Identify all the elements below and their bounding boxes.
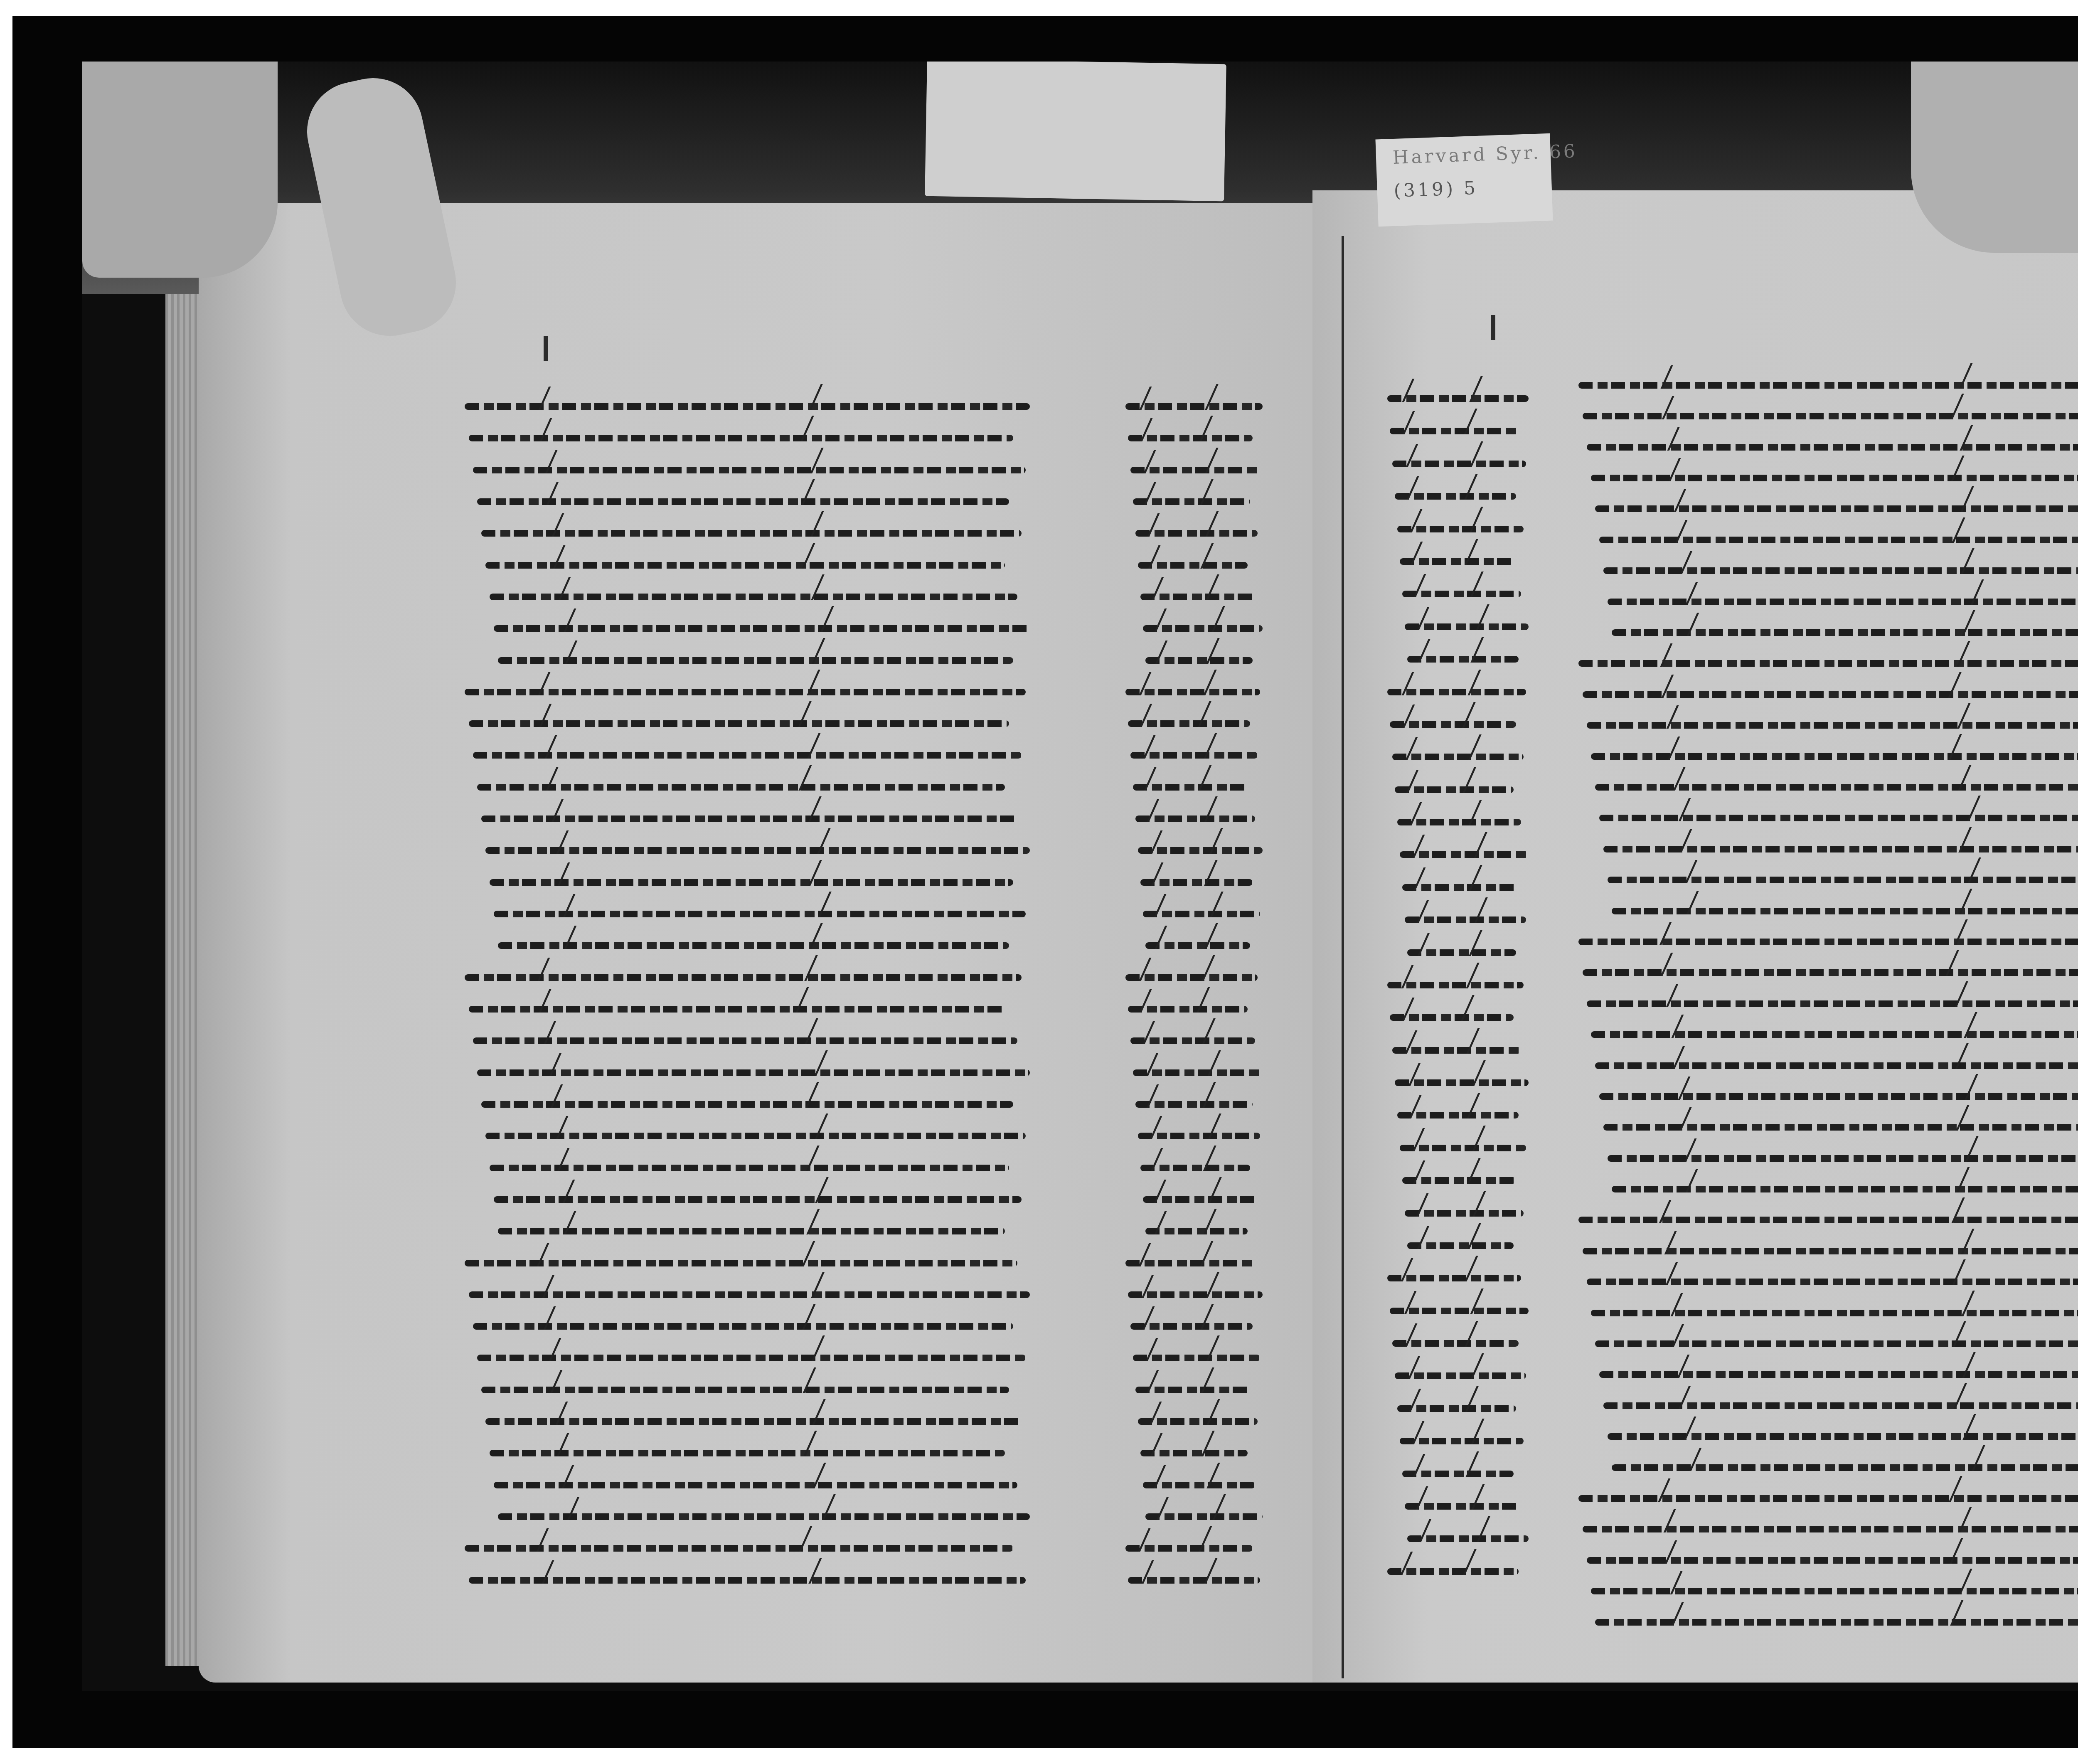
- script-line: [1395, 786, 1514, 793]
- script-line: [477, 1355, 1026, 1361]
- script-line: [1143, 1196, 1258, 1203]
- script-line: [469, 720, 1009, 727]
- script-line: [1145, 657, 1253, 664]
- left-page-narrow-column: [1125, 386, 1263, 1591]
- shelfmark-line-2: (319) 5: [1394, 175, 1544, 205]
- script-line: [1608, 877, 2078, 883]
- script-line: [469, 435, 1013, 441]
- script-line: [494, 911, 1026, 917]
- script-line: [1583, 691, 2078, 698]
- left-page-main-column: [465, 386, 1030, 1591]
- script-line: [481, 815, 1017, 822]
- right-page-main-column: [1578, 365, 2078, 1633]
- script-line: [1135, 1387, 1250, 1393]
- left-hand-fingers: [82, 62, 278, 278]
- script-line: [1145, 942, 1250, 949]
- script-line: [1387, 689, 1526, 695]
- script-line: [1128, 720, 1250, 727]
- script-line: [469, 1577, 1026, 1584]
- script-line: [1387, 1568, 1519, 1575]
- script-line: [1140, 879, 1253, 886]
- script-line: [1133, 1355, 1260, 1361]
- script-line: [1128, 435, 1253, 441]
- script-line: [1603, 1124, 2078, 1131]
- script-line: [494, 1196, 1022, 1203]
- script-line: [473, 752, 1022, 759]
- script-line: [1599, 1371, 2078, 1378]
- script-line: [490, 1165, 1009, 1171]
- script-line: [1587, 1279, 2078, 1285]
- script-line: [1612, 1464, 2078, 1471]
- script-line: [1390, 1308, 1529, 1314]
- script-line: [1402, 591, 1521, 597]
- script-line: [1587, 1000, 2078, 1007]
- script-line: [1128, 1577, 1260, 1584]
- script-line: [1125, 1260, 1255, 1266]
- script-line: [465, 403, 1030, 410]
- script-line: [1138, 1133, 1260, 1139]
- script-line: [1612, 629, 2078, 636]
- folio-mark: [544, 336, 548, 361]
- script-line: [1138, 847, 1263, 854]
- script-line: [1591, 753, 2078, 760]
- script-line: [1392, 1047, 1521, 1054]
- script-line: [1591, 1310, 2078, 1316]
- script-line: [1407, 1242, 1514, 1249]
- script-line: [1400, 1145, 1526, 1151]
- script-line: [1387, 395, 1529, 402]
- script-line: [481, 1387, 1009, 1393]
- script-line: [1400, 1438, 1524, 1444]
- script-line: [1133, 784, 1248, 791]
- photo-frame: ✢ Harvard Syr. 66 (319) 5: [12, 16, 2078, 1748]
- script-line: [498, 1513, 1030, 1520]
- script-line: [498, 657, 1013, 664]
- script-line: [1407, 656, 1519, 663]
- script-line: [1595, 1062, 2078, 1069]
- script-line: [1392, 461, 1526, 467]
- script-line: [485, 847, 1030, 854]
- script-line: [1135, 530, 1258, 537]
- shelfmark-label: Harvard Syr. 66 (319) 5: [1375, 133, 1553, 227]
- script-line: [1130, 467, 1260, 473]
- script-line: [1395, 493, 1516, 500]
- script-line: [1583, 413, 2078, 419]
- script-line: [1390, 721, 1516, 728]
- script-line: [1128, 1291, 1263, 1298]
- script-line: [1125, 689, 1260, 695]
- script-line: [1125, 403, 1263, 410]
- script-line: [494, 625, 1030, 632]
- script-line: [485, 562, 1005, 569]
- book-gutter: [1342, 236, 1344, 1678]
- script-line: [1578, 1217, 2078, 1223]
- script-line: [477, 784, 1005, 791]
- script-line: [1143, 625, 1263, 632]
- script-line: [1140, 1450, 1248, 1456]
- folio-mark: [1491, 315, 1495, 340]
- script-line: [481, 530, 1022, 537]
- script-line: [1612, 1186, 2078, 1192]
- script-line: [469, 1006, 1005, 1013]
- script-line: [1608, 1433, 2078, 1440]
- script-line: [1595, 784, 2078, 791]
- script-line: [473, 1037, 1017, 1044]
- script-line: [477, 498, 1009, 505]
- script-line: [1133, 1069, 1263, 1076]
- script-line: [498, 1228, 1005, 1234]
- script-line: [1578, 660, 2078, 667]
- script-line: [1140, 594, 1255, 600]
- script-line: [1390, 1014, 1514, 1021]
- script-line: [481, 1101, 1013, 1108]
- script-line: [1603, 567, 2078, 574]
- script-line: [1583, 969, 2078, 976]
- script-line: [1407, 1535, 1529, 1542]
- right-hand-fingers: [1911, 62, 2078, 253]
- script-line: [1608, 1155, 2078, 1162]
- script-line: [1145, 1513, 1263, 1520]
- script-line: [1405, 916, 1526, 923]
- script-line: [485, 1418, 1022, 1425]
- script-line: [1578, 382, 2078, 389]
- script-line: [1400, 558, 1514, 565]
- script-line: [1145, 1228, 1248, 1234]
- script-line: [1138, 562, 1248, 569]
- script-line: [1128, 1006, 1248, 1013]
- script-line: [1587, 444, 2078, 451]
- script-line: [1400, 851, 1529, 858]
- script-line: [1125, 974, 1258, 981]
- script-line: [1395, 1372, 1526, 1379]
- paper-slip: [925, 62, 1226, 201]
- manuscript-photograph: ✢ Harvard Syr. 66 (319) 5: [82, 62, 2078, 1691]
- script-line: [1397, 819, 1521, 825]
- right-page-narrow-column: [1387, 377, 1529, 1583]
- script-line: [1578, 939, 2078, 945]
- script-line: [1583, 1526, 2078, 1532]
- script-line: [490, 1450, 1005, 1456]
- script-line: [1587, 722, 2078, 729]
- script-line: [1591, 1031, 2078, 1038]
- script-line: [485, 1133, 1026, 1139]
- right-page: ✢: [1312, 190, 2078, 1683]
- script-line: [1392, 754, 1524, 760]
- script-line: [1143, 1482, 1255, 1488]
- script-line: [1130, 1037, 1255, 1044]
- script-line: [473, 1323, 1013, 1330]
- script-line: [469, 1291, 1030, 1298]
- script-line: [1138, 1418, 1258, 1425]
- script-line: [1387, 1275, 1521, 1281]
- script-line: [1583, 1248, 2078, 1254]
- script-line: [1402, 1471, 1514, 1477]
- script-line: [1392, 1340, 1519, 1347]
- script-line: [1395, 1079, 1529, 1086]
- script-line: [1135, 1101, 1253, 1108]
- script-line: [1387, 982, 1524, 988]
- script-line: [1390, 428, 1519, 434]
- script-line: [490, 879, 1013, 886]
- script-line: [1578, 1495, 2078, 1502]
- script-line: [465, 689, 1026, 695]
- script-line: [1140, 1165, 1250, 1171]
- script-line: [473, 467, 1026, 473]
- script-line: [1135, 815, 1255, 822]
- script-line: [1595, 1340, 2078, 1347]
- script-line: [1405, 1503, 1521, 1510]
- script-line: [1143, 911, 1260, 917]
- script-line: [1591, 475, 2078, 481]
- script-line: [1397, 1405, 1516, 1412]
- script-line: [1130, 1323, 1253, 1330]
- shelfmark-line-1: Harvard Syr. 66: [1392, 142, 1543, 172]
- script-line: [465, 974, 1022, 981]
- script-line: [1397, 1112, 1519, 1119]
- script-line: [1595, 505, 2078, 512]
- script-line: [1402, 1177, 1516, 1184]
- script-line: [1125, 1545, 1253, 1552]
- script-line: [494, 1482, 1017, 1488]
- script-line: [1595, 1619, 2078, 1626]
- script-line: [1405, 623, 1529, 630]
- script-line: [465, 1545, 1013, 1552]
- left-page: [199, 203, 1346, 1683]
- script-line: [1612, 908, 2078, 914]
- script-line: [1603, 1402, 2078, 1409]
- script-line: [465, 1260, 1017, 1266]
- script-line: [498, 942, 1009, 949]
- script-line: [1599, 1093, 2078, 1100]
- script-line: [1603, 846, 2078, 852]
- script-line: [1407, 949, 1516, 956]
- script-line: [490, 594, 1017, 600]
- script-line: [1587, 1557, 2078, 1564]
- script-line: [1599, 815, 2078, 821]
- script-line: [1130, 752, 1258, 759]
- script-line: [1402, 884, 1519, 891]
- script-line: [1591, 1588, 2078, 1594]
- script-line: [1599, 537, 2078, 543]
- script-line: [1405, 1210, 1524, 1217]
- script-line: [1608, 599, 2078, 605]
- script-line: [1397, 526, 1524, 532]
- script-line: [477, 1069, 1030, 1076]
- script-line: [1133, 498, 1250, 505]
